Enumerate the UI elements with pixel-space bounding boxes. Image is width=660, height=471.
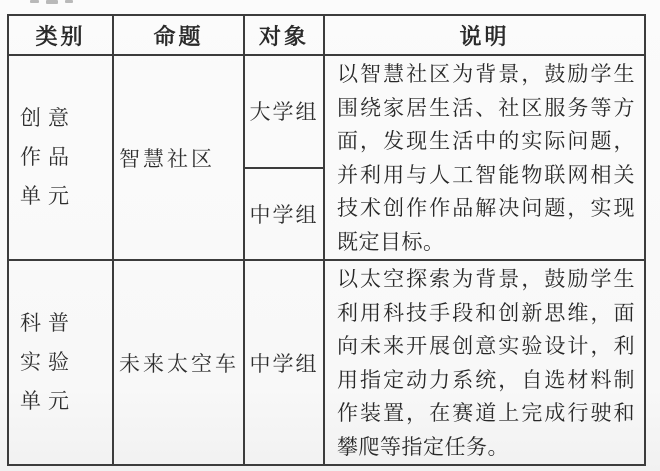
cropped-text-remnant [30,0,80,4]
description-cell-smart-community: 以智慧社区为背景，鼓励学生围绕家居生活、社区服务等方面，发现生活中的实际问题，并… [324,55,645,260]
group-cell-middle-school-1: 中学组 [244,168,324,260]
document-page: 类别 命题 对象 说明 创意 作品 单元 智慧社区 大学组 以智慧社区为背景，鼓… [0,0,660,471]
table-row: 创意 作品 单元 智慧社区 大学组 以智慧社区为背景，鼓励学生围绕家居生活、社区… [8,55,645,168]
category-line: 单元 [20,177,112,216]
topic-cell-future-space-vehicle: 未来太空车 [113,260,244,465]
category-line: 科普 [20,304,112,343]
header-group: 对象 [244,15,324,55]
category-text: 科普 实验 单元 [9,304,112,421]
description-cell-future-space-vehicle: 以太空探索为背景，鼓励学生利用科技手段和创新思维，面向未来开展创意实验设计，利用… [324,260,645,465]
competition-units-table: 类别 命题 对象 说明 创意 作品 单元 智慧社区 大学组 以智慧社区为背景，鼓… [7,14,646,466]
header-topic: 命题 [113,15,244,55]
table-row: 科普 实验 单元 未来太空车 中学组 以太空探索为背景，鼓励学生利用科技手段和创… [8,260,645,465]
group-cell-university: 大学组 [244,55,324,168]
header-category: 类别 [8,15,113,55]
category-line: 单元 [20,382,112,421]
group-cell-middle-school-2: 中学组 [244,260,324,465]
header-description: 说明 [324,15,645,55]
category-line: 创意 [20,99,112,138]
category-cell-creative-works: 创意 作品 单元 [8,55,113,260]
table-header-row: 类别 命题 对象 说明 [8,15,645,55]
topic-cell-smart-community: 智慧社区 [113,55,244,260]
category-line: 作品 [20,138,112,177]
category-cell-science-experiment: 科普 实验 单元 [8,260,113,465]
category-line: 实验 [20,343,112,382]
category-text: 创意 作品 单元 [9,99,112,216]
